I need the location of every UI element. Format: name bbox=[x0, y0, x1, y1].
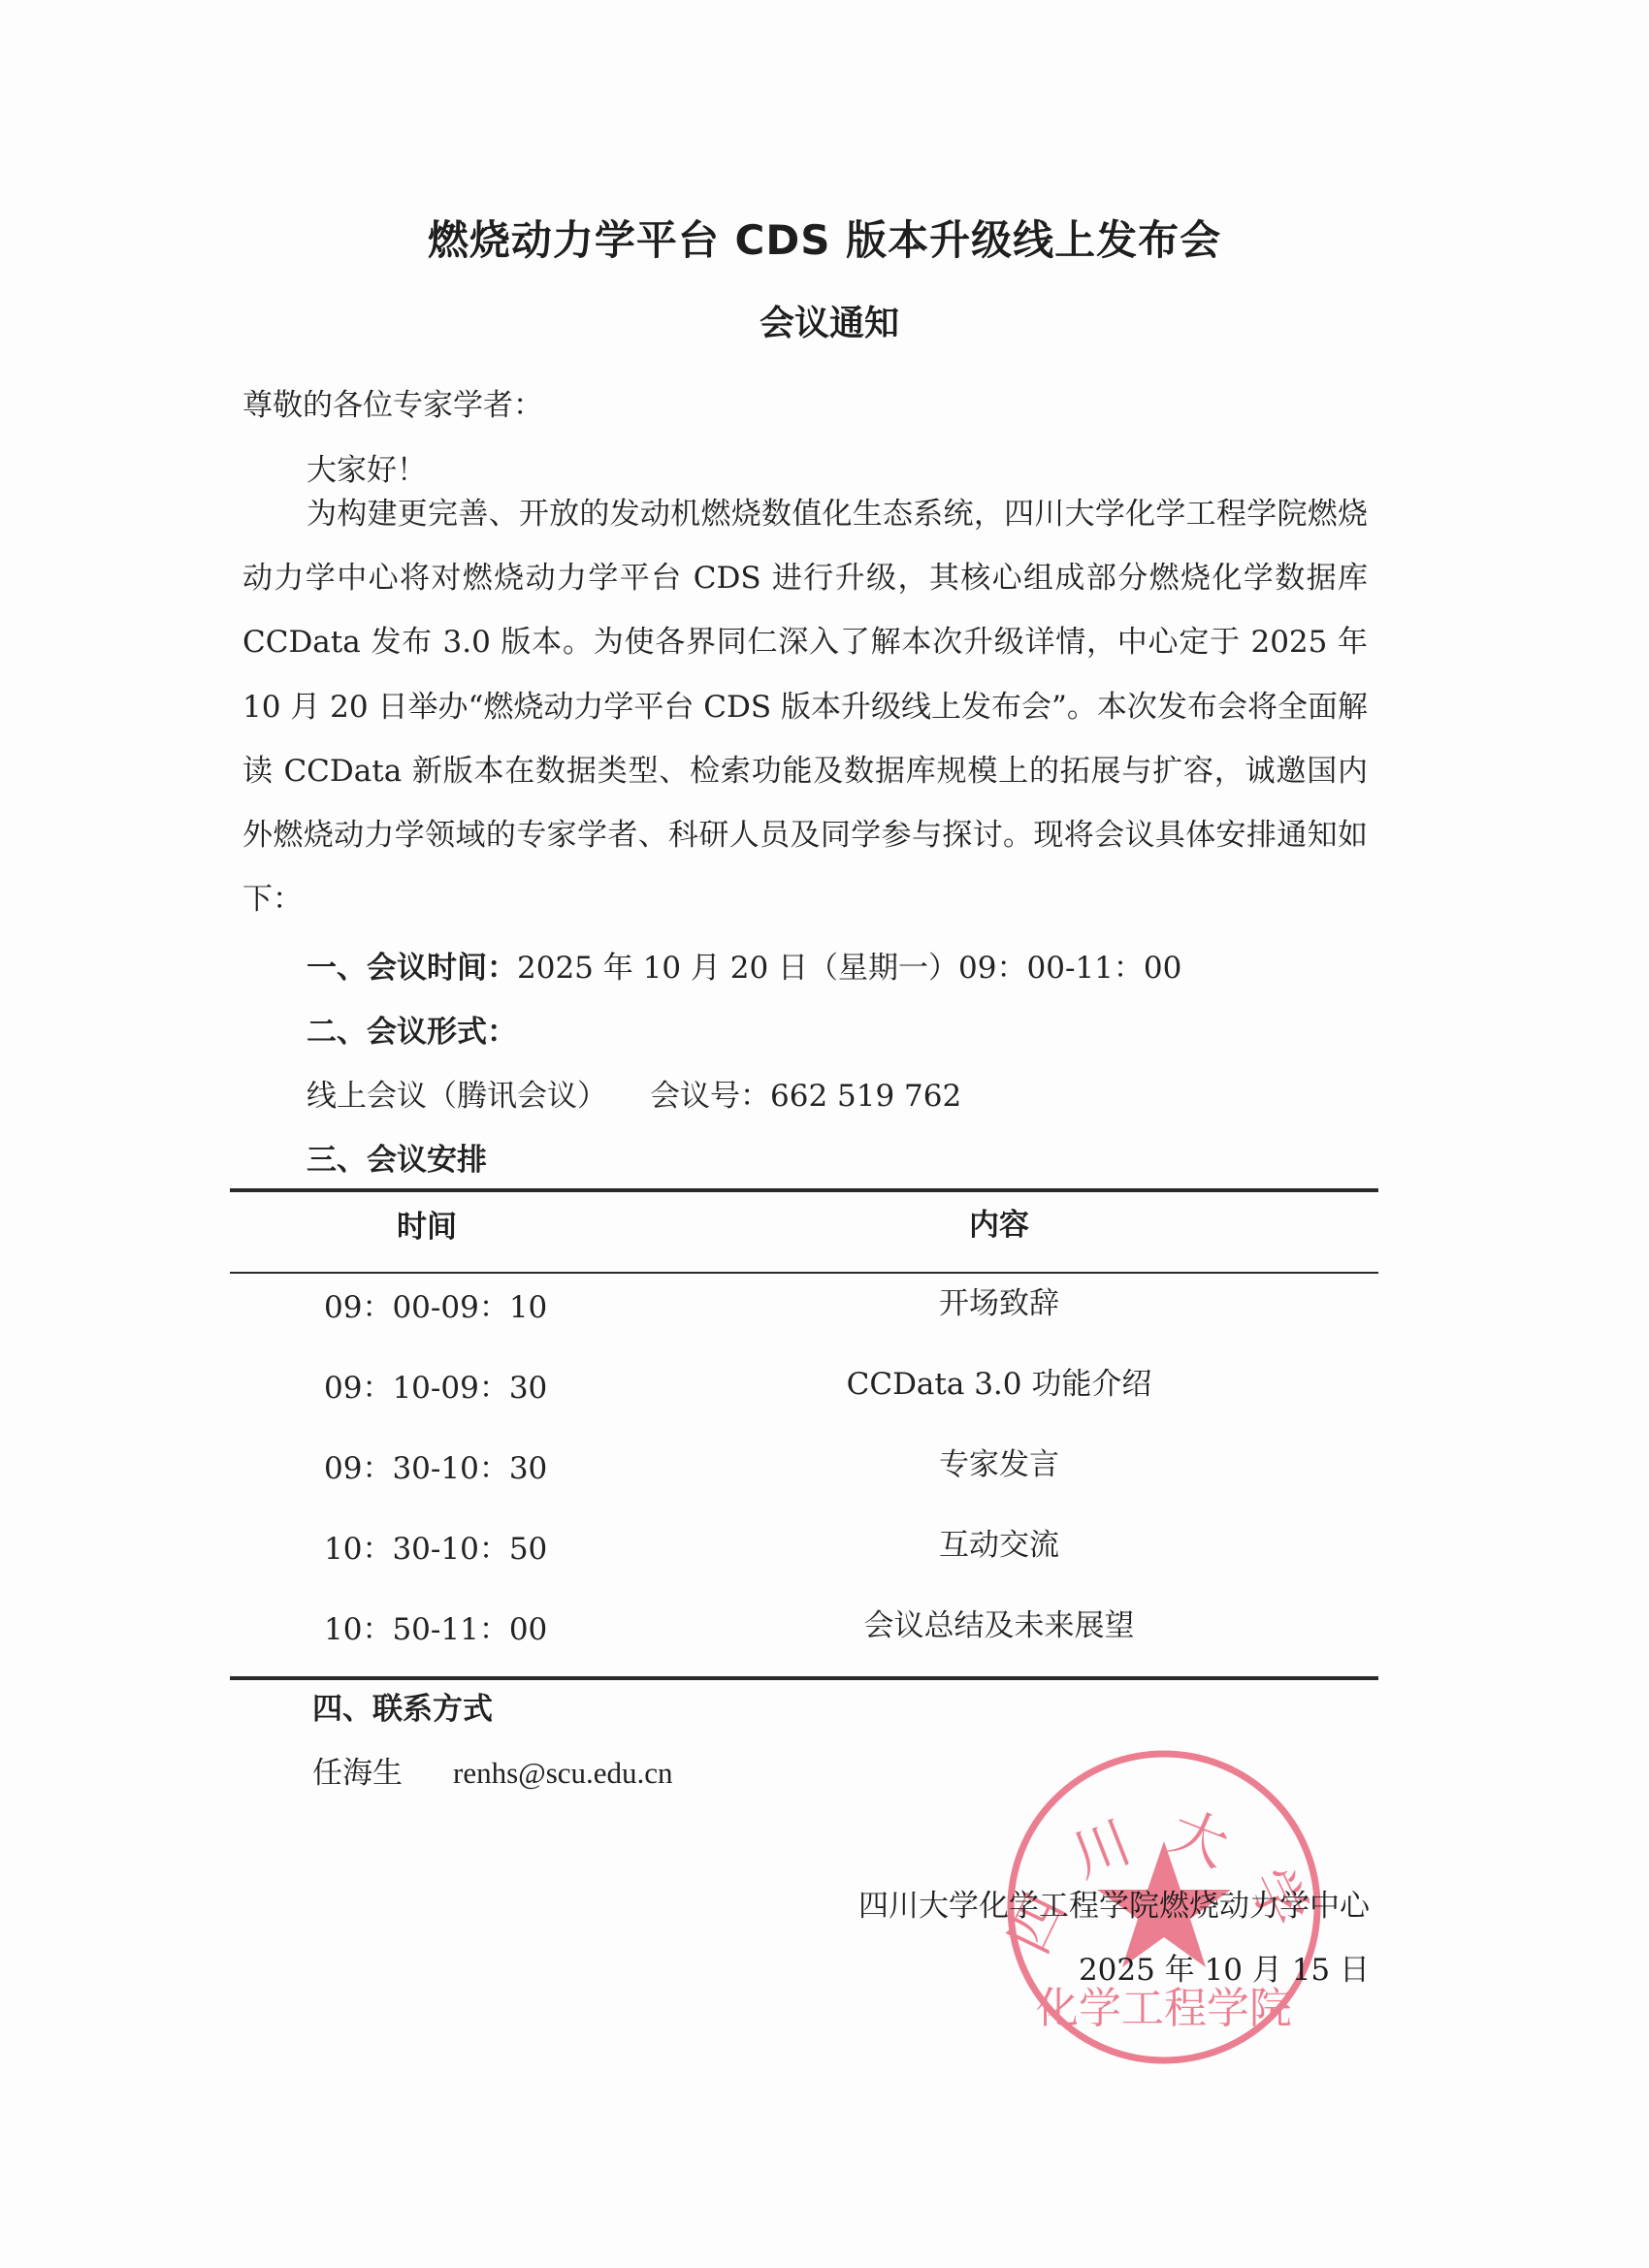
meeting-time-line: 一、会议时间：2025 年 10 月 20 日（星期一）09：00-11：00 bbox=[307, 949, 1181, 988]
meeting-time-heading: 一、会议时间： bbox=[307, 951, 517, 986]
signature-date: 2025 年 10 月 15 日 bbox=[1079, 1951, 1370, 1990]
table-header-rule bbox=[230, 1272, 1378, 1274]
row-time: 09：00-09：10 bbox=[242, 1288, 553, 1327]
contact-line: 任海生renhs@scu.edu.cn bbox=[312, 1754, 673, 1793]
column-header-time: 时间 bbox=[330, 1208, 524, 1247]
meeting-id-label: 会议号： bbox=[650, 1079, 770, 1114]
signature-organization: 四川大学化学工程学院燃烧动力学中心 bbox=[858, 1887, 1370, 1926]
table-top-rule bbox=[230, 1188, 1378, 1192]
table-bottom-rule bbox=[230, 1676, 1378, 1680]
contact-heading: 四、联系方式 bbox=[312, 1690, 493, 1729]
contact-email[interactable]: renhs@scu.edu.cn bbox=[453, 1756, 673, 1790]
salutation: 尊敬的各位专家学者： bbox=[242, 386, 543, 425]
row-content: 开场致辞 bbox=[757, 1284, 1242, 1323]
document-subtitle: 会议通知 bbox=[0, 297, 1649, 351]
contact-name: 任海生 bbox=[312, 1756, 403, 1791]
row-time: 10：50-11：00 bbox=[242, 1610, 553, 1649]
row-content: 会议总结及未来展望 bbox=[757, 1606, 1242, 1645]
row-time: 09：30-10：30 bbox=[242, 1449, 553, 1488]
meeting-time-value: 2025 年 10 月 20 日（星期一）09：00-11：00 bbox=[517, 951, 1181, 986]
meeting-format-line: 线上会议（腾讯会议）会议号：662 519 762 bbox=[307, 1077, 961, 1116]
notice-page: 燃烧动力学平台 CDS 版本升级线上发布会 会议通知 尊敬的各位专家学者： 大家… bbox=[0, 0, 1649, 2268]
row-content: CCData 3.0 功能介绍 bbox=[757, 1365, 1242, 1404]
column-header-content: 内容 bbox=[902, 1206, 1096, 1245]
seal-bottom-text: 化学工程学院 bbox=[1036, 1984, 1292, 2033]
row-time: 10：30-10：50 bbox=[242, 1530, 553, 1569]
row-time: 09：10-09：30 bbox=[242, 1369, 553, 1408]
document-title: 燃烧动力学平台 CDS 版本升级线上发布会 bbox=[0, 211, 1649, 270]
meeting-mode: 线上会议（腾讯会议） bbox=[307, 1079, 607, 1114]
row-content: 专家发言 bbox=[757, 1445, 1242, 1484]
intro-paragraph: 为构建更完善、开放的发动机燃烧数值化生态系统，四川大学化学工程学院燃烧动力学中心… bbox=[242, 482, 1368, 931]
meeting-id: 662 519 762 bbox=[770, 1079, 961, 1114]
row-content: 互动交流 bbox=[757, 1526, 1242, 1565]
meeting-format-heading: 二、会议形式： bbox=[307, 1013, 517, 1052]
agenda-heading: 三、会议安排 bbox=[307, 1141, 487, 1180]
